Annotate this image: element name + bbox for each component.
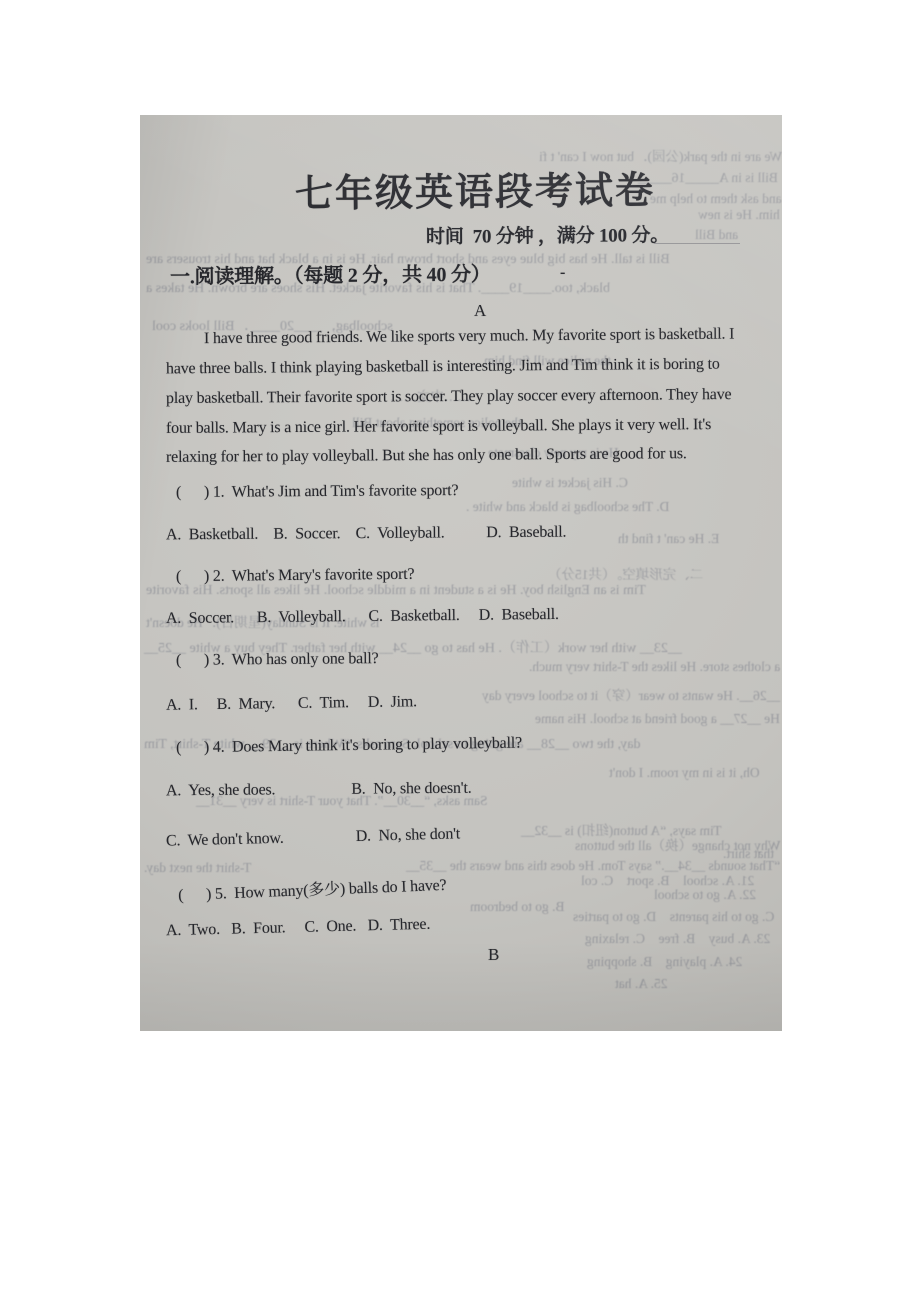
passage-line: relaxing for her to play volleyball. But… (166, 445, 687, 467)
question-5-options: A. Two. B. Four. C. One. D. Three. (166, 916, 431, 940)
bleed-line: C. go to his parents D. go to parties (573, 909, 774, 925)
passage-line: have three balls. I think playing basket… (166, 356, 720, 379)
exam-title: 七年级英语段考试卷 (140, 158, 782, 220)
question-1-options: A. Basketball. B. Soccer. C. Volleyball.… (166, 524, 566, 545)
bleed-line: E. He can' t find th (618, 531, 719, 547)
bleed-line: B. go to bedroom (470, 899, 565, 915)
bleed-line: “That sounds __34__.” says Tom. He does … (406, 858, 780, 874)
bleed-line: C. His jacket is white (512, 475, 628, 491)
bleed-line: 二、完形填空。（共15分） (548, 563, 703, 583)
bleed-line: 23. A. busy B. free C. relaxing (585, 931, 770, 947)
question-4-options-row1: A. Yes, she does. B. No, she doesn't. (166, 780, 472, 801)
bleed-line: and Bill (695, 227, 738, 243)
bleed-line: 25. A. hat (615, 976, 668, 992)
question-3-stem: ( ) 3. Who has only one ball? (176, 650, 379, 670)
question-1-stem: ( ) 1. What's Jim and Tim's favorite spo… (176, 482, 458, 502)
bleed-line: 22. A. go to school (654, 887, 756, 903)
exam-time-score: 时间 70 分钟 ，满分 100 分。 (426, 220, 669, 249)
bleed-line: T-shirt the next day. (144, 860, 251, 876)
question-4-options-row2: C. We don't know. D. No, she don't (166, 825, 460, 850)
bleed-line: 24. A. playing B. shopping (587, 954, 742, 970)
passage-label-b: B (488, 945, 499, 965)
exam-paper-photo: We are in the park(公园)．but now I can' t … (140, 115, 782, 1031)
page-background: { "photo": { "title": "七年级英语段考试卷", "subt… (0, 0, 920, 1302)
bleed-underline (654, 243, 740, 244)
question-5-stem: ( ) 5. How many(多少) balls do I have? (178, 872, 447, 905)
bleed-line: a clothes store. He likes the T-shirt ve… (529, 659, 780, 675)
bleed-line: He __27__ a good friend at school. His n… (535, 711, 780, 727)
passage-line: four balls. Mary is a nice girl. Her fav… (166, 416, 711, 438)
question-4-stem: ( ) 4. Does Mary think it's boring to pl… (176, 735, 522, 758)
passage-line: play basketball. Their favorite sport is… (166, 386, 732, 408)
bleed-line: Oh, it is in my room. I don't (609, 765, 760, 781)
bleed-line: D. The schoolbag is black and white . (466, 499, 669, 515)
question-3-options: A. I. B. Mary. C. Tim. D. Jim. (166, 693, 417, 715)
question-2-stem: ( ) 2. What's Mary's favorite sport? (176, 566, 415, 586)
passage-line: I have three good friends. We like sport… (166, 326, 734, 349)
question-2-options: A. Soccer. B. Volleyball. C. Basketball.… (166, 606, 559, 628)
section1-heading: 一.阅读理解。（每题 2 分，共 40 分） (170, 258, 491, 290)
bleed-line: __26__. He wants to wear（穿）it to school … (482, 684, 780, 704)
stray-mark: - (560, 264, 565, 282)
passage-label-a: A (474, 301, 486, 321)
